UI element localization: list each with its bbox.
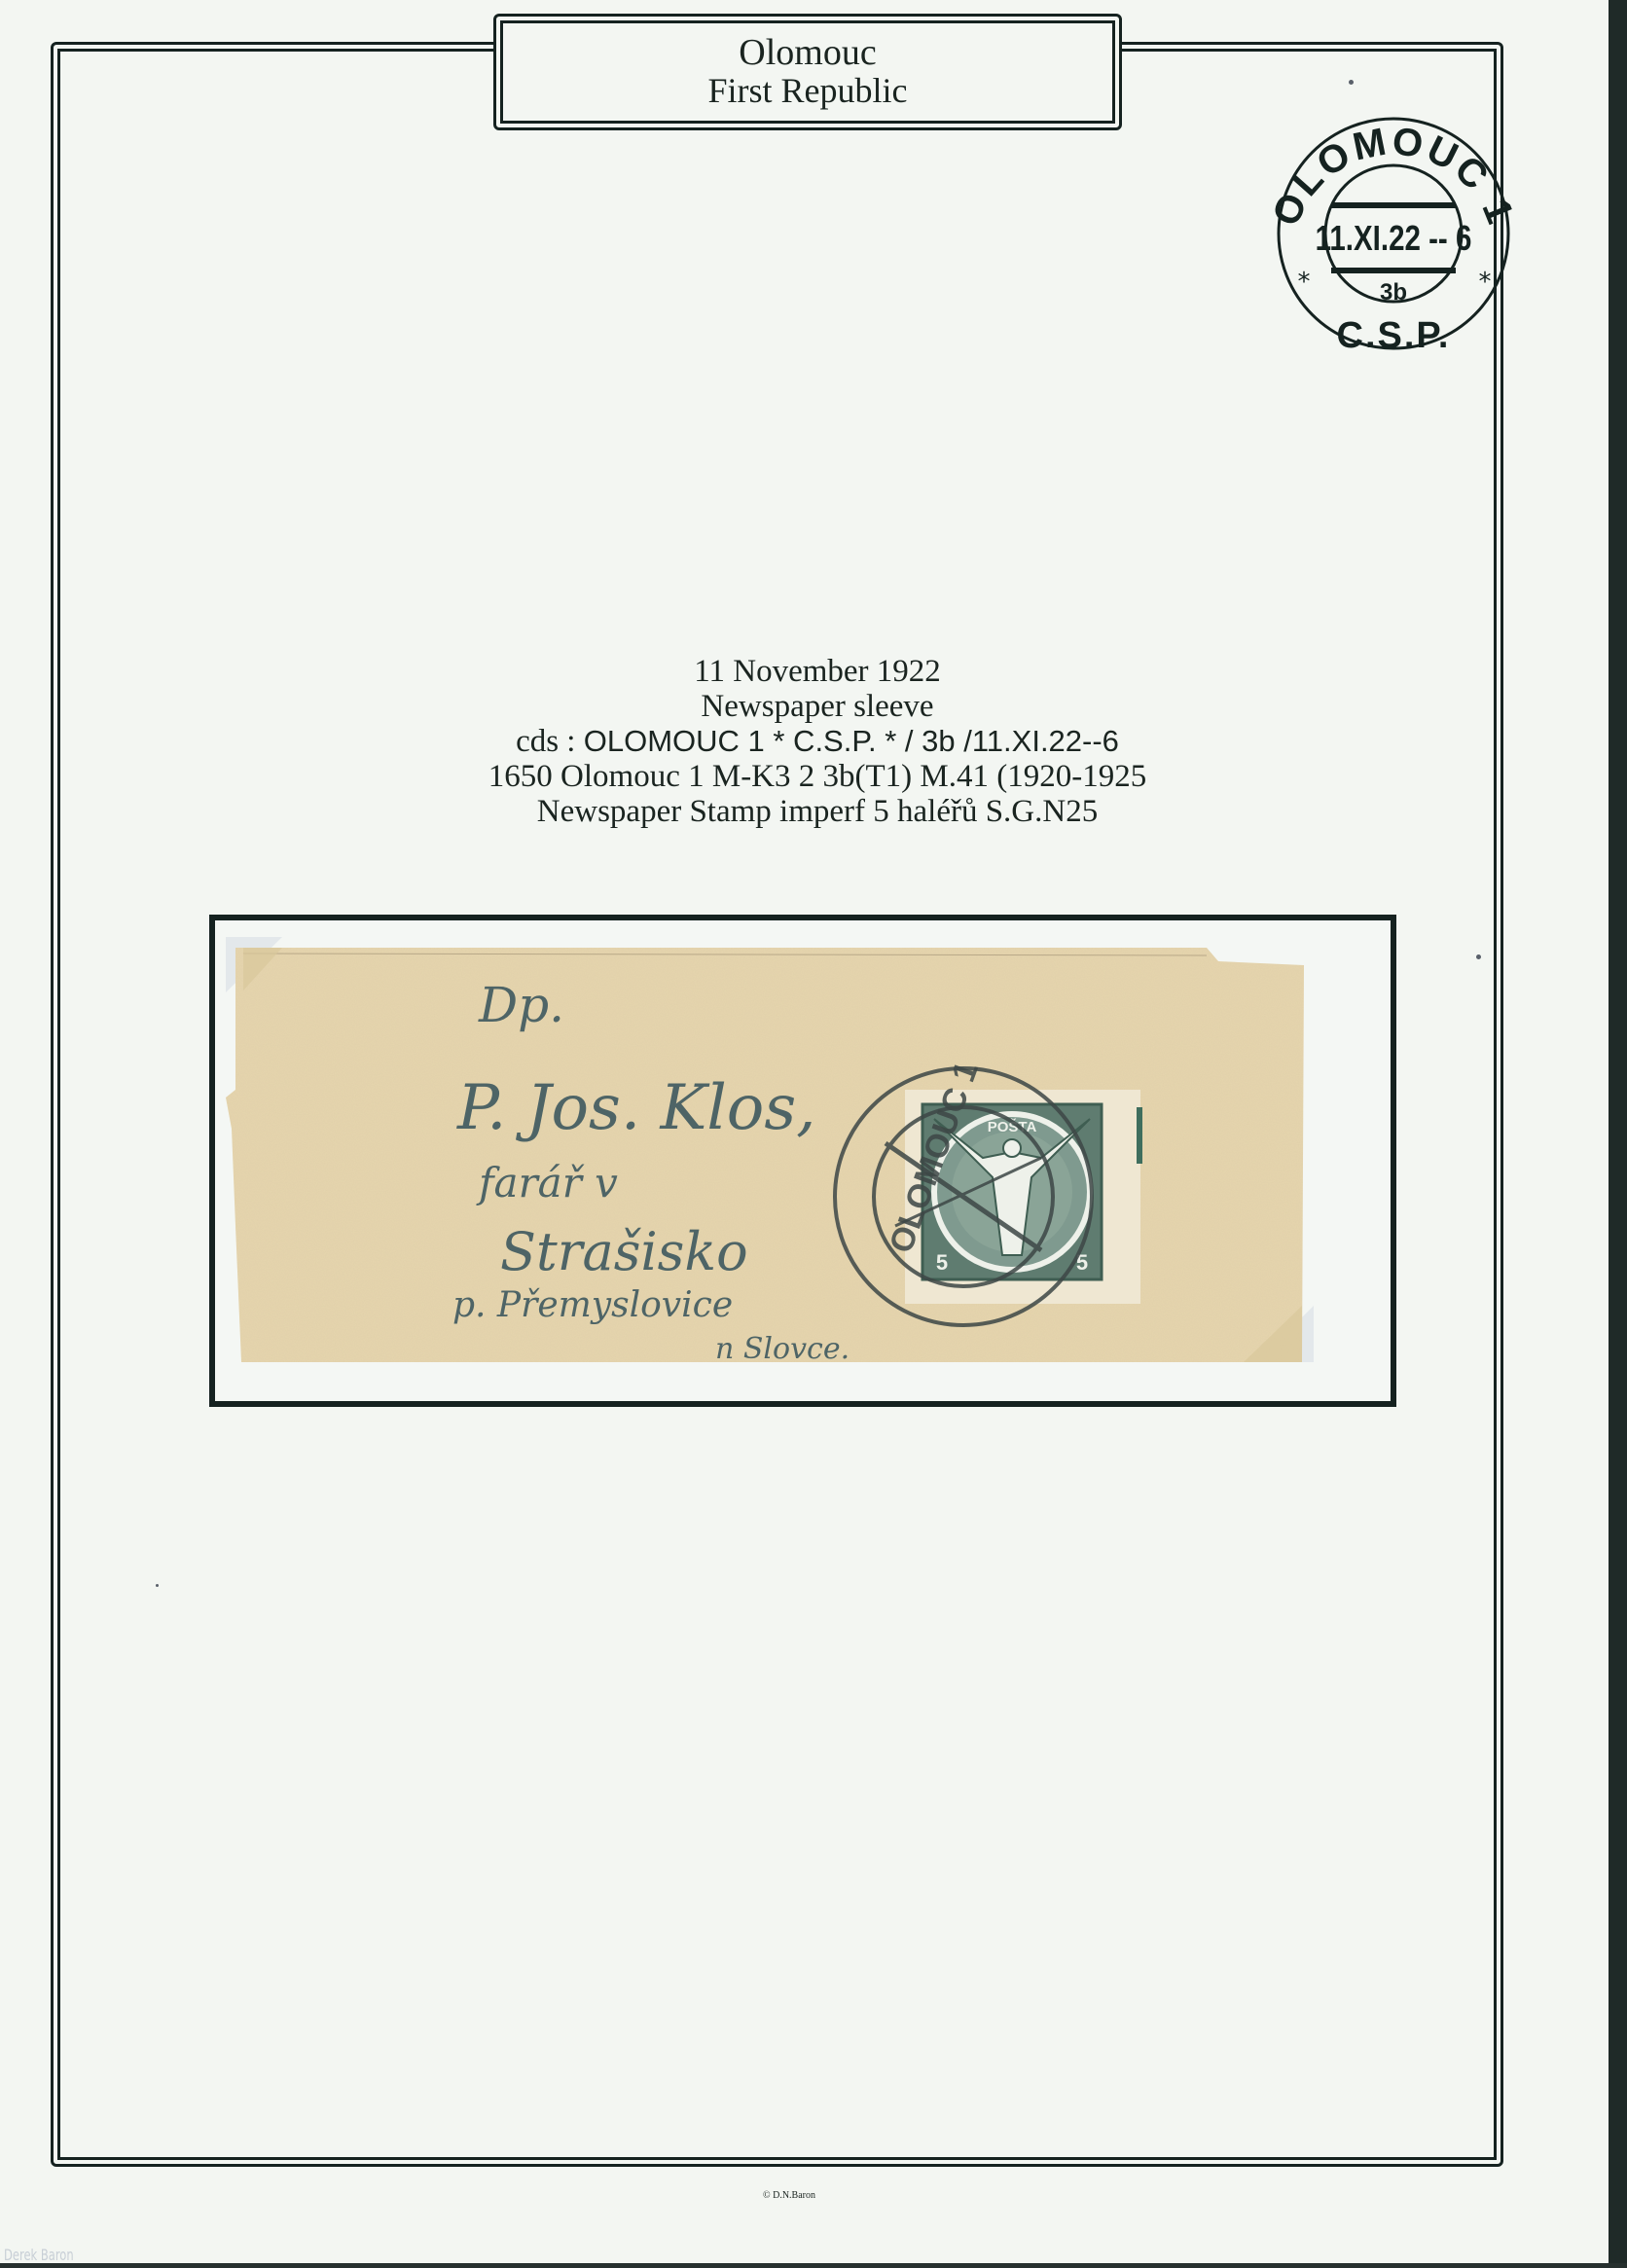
address-line-3: farář v (476, 1159, 618, 1206)
scan-edge-right (1609, 0, 1627, 2268)
description-catalogue: 1650 Olomouc 1 M-K3 2 3b(T1) M.41 (1920-… (292, 759, 1343, 794)
postmark-illustration: OLOMOUC 1 11.XI.22 -- 6 3b C.S.P. * * (1261, 109, 1526, 358)
cds-prefix: cds : (516, 724, 584, 759)
stamp-value-left: 5 (936, 1250, 948, 1275)
postmark-country: C.S.P. (1337, 315, 1451, 356)
description-item: Newspaper sleeve (292, 689, 1343, 724)
page-speck (1349, 80, 1354, 85)
watermark: Derek Baron (4, 2246, 74, 2264)
item-description: 11 November 1922 Newspaper sleeve cds : … (292, 654, 1343, 829)
address-line-6: n Slovce. (715, 1332, 850, 1366)
address-line-5: p. Přemyslovice (452, 1285, 733, 1325)
postmark-town: OLOMOUC 1 (1264, 120, 1522, 233)
cds-value: OLOMOUC 1 * C.S.P. * / 3b /11.XI.22--6 (584, 724, 1119, 758)
scan-edge-bottom (0, 2263, 1627, 2268)
header-title-panel: Olomouc First Republic (500, 20, 1115, 124)
address-line-2: P. Jos. Klos, (456, 1072, 816, 1144)
newspaper-sleeve-cover: Dp. P. Jos. Klos, farář v Strašisko p. P… (224, 934, 1382, 1393)
address-line-1: Dp. (478, 977, 564, 1033)
description-stamp: Newspaper Stamp imperf 5 haléřů S.G.N25 (292, 794, 1343, 829)
description-date: 11 November 1922 (292, 654, 1343, 689)
page-speck (1476, 954, 1481, 959)
page-speck (156, 1584, 159, 1587)
page-title: Olomouc (739, 34, 876, 71)
description-cds: cds : OLOMOUC 1 * C.S.P. * / 3b /11.XI.2… (292, 724, 1343, 759)
postmark-star-right-icon: * (1479, 268, 1492, 297)
postmark-date: 11.XI.22 -- 6 (1316, 218, 1472, 257)
postmark-star-left-icon: * (1298, 268, 1311, 297)
copyright-notice: © D.N.Baron (763, 2190, 815, 2201)
svg-text:OLOMOUC 1: OLOMOUC 1 (1264, 120, 1522, 233)
page-subtitle: First Republic (708, 71, 908, 110)
postmark-code: 3b (1380, 279, 1407, 306)
address-line-4: Strašisko (500, 1221, 748, 1282)
